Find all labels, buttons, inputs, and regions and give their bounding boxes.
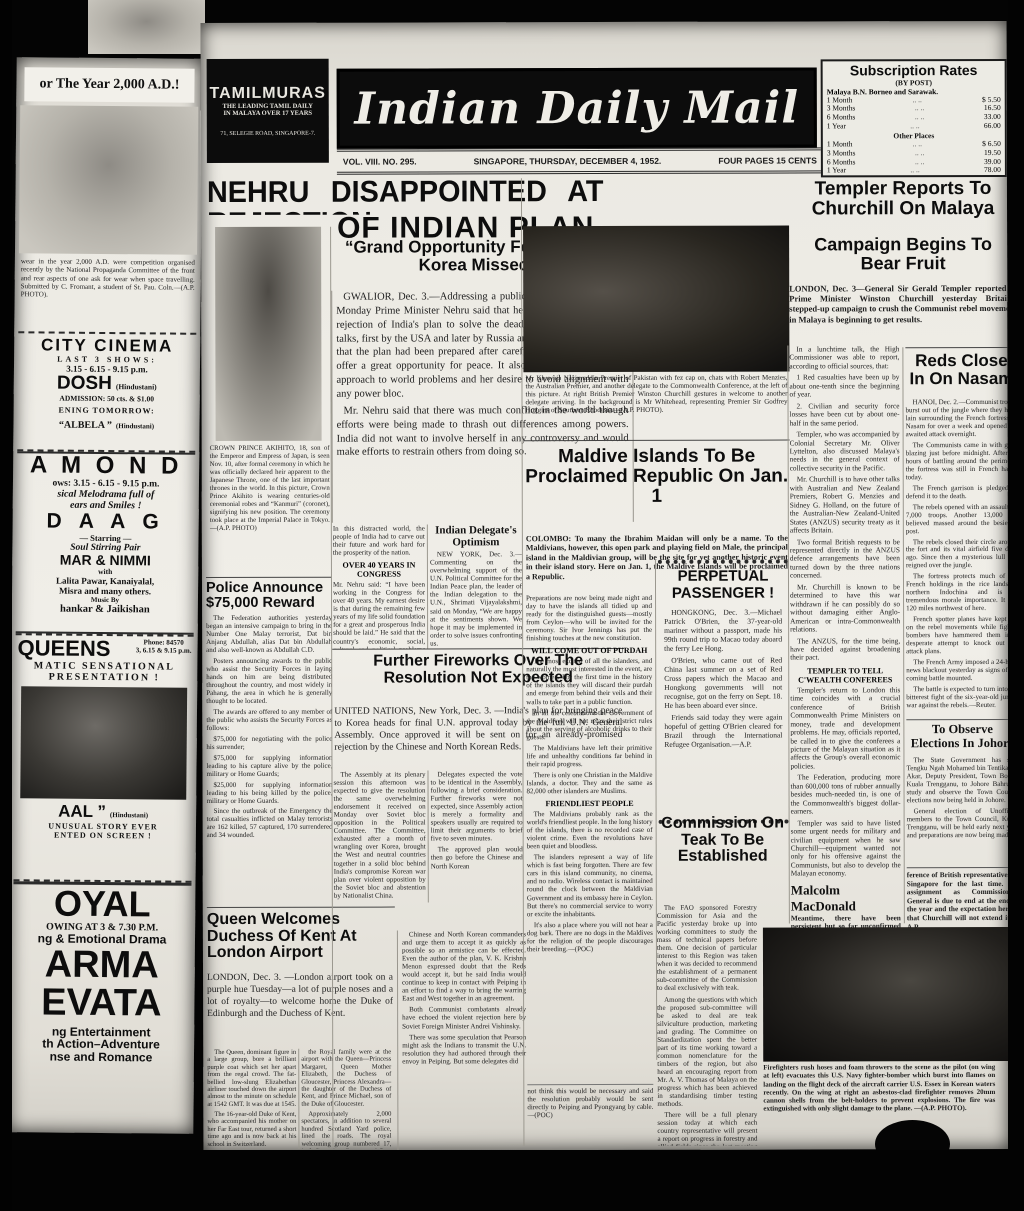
article-body: NEW YORK, Dec. 3.—Commenting on the over… bbox=[430, 550, 522, 648]
scan-edge-left bbox=[0, 0, 12, 1211]
teak-body: The FAO sponsored Forestry Commission fo… bbox=[657, 904, 758, 1146]
paragraph: Delegates expected the vote to be identi… bbox=[430, 770, 522, 843]
paragraph: There was some speculation that Pearson … bbox=[402, 1033, 526, 1066]
paragraph: Templer was said to have listed some urg… bbox=[791, 819, 901, 878]
reds-headline: Reds Close In On Nasam bbox=[905, 347, 1009, 400]
paragraph: Among the questions with which the propo… bbox=[657, 995, 757, 1108]
queens-theatre-ad: QUEENS Phone: 84570 3, 6.15 & 9.15 p.m. … bbox=[14, 633, 194, 883]
templer-lead: LONDON, Dec. 3—General Sir Gerald Temple… bbox=[789, 283, 1009, 342]
theatre-name: OYAL bbox=[13, 884, 191, 923]
paragraph: NEW YORK, Dec. 3.—Commenting on the over… bbox=[430, 550, 522, 647]
dateline-row: VOL. VIII. NO. 295. SINGAPORE, THURSDAY,… bbox=[337, 147, 823, 174]
over-40-years-head: OVER 40 YEARS IN CONGRESS bbox=[333, 561, 425, 579]
paragraph: The rebels closed their circle around th… bbox=[906, 538, 1010, 570]
paragraph: The 16-year-old Duke of Kent, who accomp… bbox=[207, 1111, 296, 1148]
year-2000-headline-box: or The Year 2,000 A.D.! bbox=[24, 67, 194, 102]
paragraph: The rebels opened with an assault by 7,0… bbox=[906, 504, 1010, 536]
year-2000-headline: or The Year 2,000 A.D.! bbox=[39, 76, 179, 93]
fireworks-column-b: Delegates expected the vote to be identi… bbox=[430, 770, 522, 902]
over-40-years-body: Mr. Nehru said: “I have been working in … bbox=[333, 581, 425, 649]
fireworks-column-a: The Assembly at its plenary session this… bbox=[333, 770, 425, 902]
masthead-banner: Indian Daily Mail bbox=[337, 67, 817, 148]
article-headline-line-2: $75,000 Reward bbox=[206, 596, 332, 611]
maldive-headline: Maldive Islands To Be Proclaimed Republi… bbox=[524, 440, 790, 540]
rate-row: 1 Year66.00 bbox=[823, 122, 1005, 131]
stars-line: MAR & NIMMI bbox=[16, 552, 194, 568]
subscription-subtitle: (BY POST) bbox=[823, 77, 1005, 86]
main-headline-line-1: NEHRU DISAPPOINTED AT REJECTION bbox=[207, 176, 779, 215]
dot-leader bbox=[906, 122, 923, 131]
paragraph: Since the outbreak of the Emergency the … bbox=[207, 808, 333, 840]
queen-headline: Queen Welcomes Duchess Of Kent At London… bbox=[207, 907, 395, 976]
rate-value: 78.00 bbox=[984, 166, 1001, 175]
queen-column-a: The Queen, dominant figure in a large gr… bbox=[207, 1049, 296, 1149]
column-rule bbox=[427, 770, 428, 902]
paragraph: 1 Red casualties have been up by about o… bbox=[789, 374, 899, 400]
next-film-row: “ALBELA ” (Hindustani) bbox=[17, 414, 195, 434]
paragraph: In a lunchtime talk, the High Commission… bbox=[789, 345, 899, 371]
film-title: AAL ” bbox=[58, 801, 106, 820]
paragraph: It's also a place where you will not hea… bbox=[527, 921, 653, 954]
friendliest-subhead: FRIENDLIEST PEOPLE bbox=[527, 799, 653, 808]
subscription-rates-box: Subscription Rates (BY POST) Malaya B.N.… bbox=[821, 59, 1007, 177]
top-left-photo-fragment bbox=[88, 0, 205, 54]
queens-contact: Phone: 84570 3, 6.15 & 9.15 p.m. bbox=[136, 638, 192, 654]
paragraph: The islanders represent a way of life wh… bbox=[527, 853, 653, 918]
diamond-theatre-ad: A M O N D ows: 3.15 - 6.15 - 9.15 p.m. s… bbox=[16, 451, 196, 635]
reds-body: HANOI, Dec. 2.—Communist troops burst ou… bbox=[906, 399, 1010, 715]
templer-column: In a lunchtime talk, the High Commission… bbox=[789, 345, 901, 945]
fireworks-continued-column: Chinese and North Korean commanders and … bbox=[397, 930, 527, 1150]
teak-headline: Commission On Teak To Be Established bbox=[657, 816, 789, 902]
essex-carrier-photo bbox=[763, 927, 1009, 1062]
dot-leader bbox=[907, 167, 924, 176]
newspaper-scan: or The Year 2,000 A.D.! wear in the year… bbox=[0, 0, 1024, 1211]
paragraph: There is only one Christian in the Maldi… bbox=[526, 771, 652, 795]
paragraph: The most excited of all the islanders, a… bbox=[526, 657, 652, 706]
paragraph: the Royal family were at the airport wit… bbox=[301, 1049, 391, 1108]
paragraph: The Federation authorities yesterday beg… bbox=[206, 615, 332, 655]
film-title-1: ARMA bbox=[13, 945, 191, 985]
paragraph: Mr. Churchill is to have other talks wit… bbox=[790, 476, 900, 535]
tagline-1: MATIC SENSATIONAL bbox=[15, 660, 193, 673]
column-rule bbox=[902, 347, 905, 923]
nehru-left-subcolumn: In this distracted world, the people of … bbox=[333, 524, 425, 648]
paragraph: The Maldivians probably rank as the worl… bbox=[527, 810, 653, 851]
newspaper-title: Indian Daily Mail bbox=[354, 82, 799, 134]
templer-subhead: Campaign Begins To Bear Fruit bbox=[799, 235, 1007, 282]
subscription-title: Subscription Rates bbox=[823, 63, 1005, 78]
paragraph: HONGKONG, Dec. 3.—Michael Patrick O'Brie… bbox=[664, 607, 782, 652]
city-cinema-ad: CITY CINEMA LAST 3 SHOWS: 3.15 - 6.15 - … bbox=[17, 331, 196, 453]
theatre-name: QUEENS bbox=[17, 637, 110, 661]
rate-value: 66.00 bbox=[984, 122, 1001, 131]
paragraph: The Assembly at its plenary session this… bbox=[333, 770, 425, 899]
paragraph: $25,000 for supplying information leadin… bbox=[207, 781, 333, 805]
paragraph: O'Brien, who came out of Red China last … bbox=[664, 655, 782, 709]
rate-label: 1 Year bbox=[827, 167, 846, 176]
tagline-2: PRESENTATION ! bbox=[15, 671, 193, 684]
tamil-ad-tagline-2: IN MALAYA OVER 17 YEARS bbox=[207, 110, 329, 117]
purdah-body: The most excited of all the islanders, a… bbox=[526, 657, 652, 795]
paragraph: The Federation, producing more than 600,… bbox=[790, 774, 900, 817]
johore-headline: To Observe Elections In Johore bbox=[906, 719, 1009, 759]
templer-headline: Templer Reports To Churchill On Malaya bbox=[789, 179, 1010, 234]
conferees-subhead: TEMPLER TO TELL C'WEALTH CONFEREES bbox=[790, 666, 900, 684]
paragraph: Two formal British requests to be repres… bbox=[790, 538, 900, 581]
paragraph: The fortress protects much of the French… bbox=[906, 573, 1010, 613]
date-line: SINGAPORE, THURSDAY, DECEMBER 4, 1952. bbox=[474, 156, 662, 166]
paragraph: $75,000 for supplying information leadin… bbox=[206, 754, 332, 778]
paragraph: In all the celebrations the Government o… bbox=[526, 708, 652, 741]
next-film: “ALBELA ” bbox=[59, 419, 112, 430]
commonwealth-conference-photo bbox=[523, 226, 789, 373]
paragraph: The Communists came in with guns blazing… bbox=[906, 442, 1010, 482]
film-title-row: AAL ” (Hindustani) bbox=[14, 802, 192, 823]
film-title: D A A G bbox=[17, 510, 195, 533]
paragraph: The FAO sponsored Forestry Commission fo… bbox=[657, 904, 757, 993]
akihito-photo-caption: CROWN PRINCE AKIHITO, 18, son of the Emp… bbox=[210, 445, 330, 573]
paragraph: 2. Civilian and security force losses ha… bbox=[790, 402, 900, 428]
composers-line: hankar & Jaikishan bbox=[16, 604, 194, 617]
maldive-column: Preparations are now being made night an… bbox=[526, 594, 653, 1080]
paragraph: The approved plan would then go before t… bbox=[431, 846, 523, 870]
year-2000-caption: wear in the year 2,000 A.D. were competi… bbox=[20, 257, 195, 325]
film-language: (Hindustani) bbox=[116, 382, 157, 391]
paragraph: The Queen, dominant figure in a large gr… bbox=[207, 1049, 296, 1108]
column-rule bbox=[427, 524, 428, 648]
queens-film-photo bbox=[20, 686, 187, 799]
tamil-ad-address: 71, SELEGIE ROAD, SINGAPORE-7. bbox=[207, 131, 329, 137]
price-line: FOUR PAGES 15 CENTS bbox=[718, 155, 817, 165]
paragraph: HANOI, Dec. 2.—Communist troops burst ou… bbox=[906, 399, 1010, 439]
paragraph: The ANZUS, for the time being, have deci… bbox=[790, 637, 900, 663]
conferees-body: Templer's return to London this time coi… bbox=[790, 686, 901, 878]
perpetual-passenger-box: PERPETUAL PASSENGER ! HONGKONG, Dec. 3.—… bbox=[658, 560, 789, 824]
volume-number: VOL. VIII. NO. 295. bbox=[343, 156, 417, 166]
paragraph: $75,000 for negotiating with the police … bbox=[206, 735, 332, 751]
paragraph: Chinese and North Korean commanders and … bbox=[402, 930, 526, 1003]
paragraph: Both Communist combatants already have e… bbox=[402, 1006, 526, 1030]
paragraph: Friends said today they were again hopef… bbox=[664, 712, 782, 748]
tagline-4: nse and Romance bbox=[12, 1050, 190, 1064]
tamil-ad-name: TAMILMURAS bbox=[207, 85, 329, 103]
queen-lead: LONDON, Dec. 3. —London airport took on … bbox=[207, 973, 393, 1047]
scan-edge-bottom bbox=[0, 1150, 1024, 1211]
box-body: HONGKONG, Dec. 3.—Michael Patrick O'Brie… bbox=[658, 607, 788, 748]
conference-photo-caption: Mr Khawaja Nazimuddin Premier of Pakista… bbox=[525, 374, 787, 439]
friendliest-body: The Maldivians probably rank as the worl… bbox=[527, 810, 653, 953]
show-times: 3, 6.15 & 9.15 p.m. bbox=[136, 646, 192, 654]
film-title: DOSH bbox=[57, 372, 112, 393]
column-rule bbox=[298, 1049, 299, 1149]
film-language: (Hindustani) bbox=[110, 811, 148, 819]
scan-edge-right bbox=[1008, 0, 1024, 1211]
theatre-name: A M O N D bbox=[17, 453, 195, 480]
purdah-subhead: WILL COME OUT OF PURDAH bbox=[526, 646, 652, 655]
police-reward-article: Police Announce $75,000 Reward The Feder… bbox=[206, 577, 333, 912]
paragraph: Mr. Churchill is known to be determined … bbox=[790, 583, 900, 634]
akihito-photo bbox=[215, 227, 322, 441]
article-body: The Federation authorities yesterday beg… bbox=[206, 615, 333, 841]
delegate-optimism-article: Indian Delegate's Optimism NEW YORK, Dec… bbox=[430, 524, 522, 648]
paragraph: The French Army imposed a 24-hour news b… bbox=[906, 659, 1009, 683]
rate-label: 1 Year bbox=[827, 122, 846, 131]
queen-column-b: the Royal family were at the airport wit… bbox=[301, 1049, 391, 1149]
box-headline: PERPETUAL PASSENGER ! bbox=[658, 568, 788, 603]
paragraph: Posters announcing awards to the public … bbox=[206, 658, 332, 706]
film-title-2: EVATA bbox=[12, 983, 190, 1023]
paragraph: The Maldivians have left their primitive… bbox=[526, 744, 652, 768]
queens-header-row: QUEENS Phone: 84570 3, 6.15 & 9.15 p.m. bbox=[15, 635, 193, 661]
tagline-4: ENTED ON SCREEN ! bbox=[14, 830, 192, 841]
fireworks-ending-block: not think this would be necessary and sa… bbox=[527, 1084, 653, 1147]
column-rule bbox=[655, 560, 657, 1060]
malcolm-macdonald-head: Malcolm MacDonald bbox=[791, 882, 901, 914]
next-film-language: (Hindustani) bbox=[116, 422, 154, 430]
paragraph: Templer's return to London this time coi… bbox=[790, 686, 900, 771]
johore-body: The State Government has sent Tengku Nga… bbox=[906, 757, 1009, 863]
cinema-name: CITY CINEMA bbox=[18, 336, 196, 355]
nehru-continued: In this distracted world, the people of … bbox=[333, 524, 425, 556]
paragraph: Approximately 2,000 spectators, in addit… bbox=[301, 1111, 391, 1149]
paragraph: French spotter planes have kept tab on t… bbox=[906, 616, 1009, 656]
paragraph: There will be a full plenary session tod… bbox=[657, 1111, 757, 1146]
front-page: TAMILMURAS THE LEADING TAMIL DAILY IN MA… bbox=[201, 21, 1010, 1151]
paragraph: The awards are offered to any member of … bbox=[206, 709, 332, 733]
year-2000-photo bbox=[19, 105, 198, 255]
royal-theatre-ad: OYAL OWING AT 3 & 7.30 P.M. ng & Emotion… bbox=[11, 881, 191, 1134]
film-title-row: DOSH (Hindustani) bbox=[18, 373, 196, 395]
maldive-preparations: Preparations are now being made night an… bbox=[526, 594, 652, 643]
paragraph: General election of Unofficial members t… bbox=[907, 808, 1010, 840]
paragraph: The French garrison is pledged to defend… bbox=[906, 485, 1010, 501]
paragraph: The battle is expected to turn into the … bbox=[906, 686, 1009, 710]
admission-line: ADMISSION: 50 cts. & $1.00 bbox=[18, 393, 196, 404]
templer-body: In a lunchtime talk, the High Commission… bbox=[789, 345, 900, 662]
rate-row: 1 Year78.00 bbox=[823, 166, 1005, 175]
paragraph: Templer, who was accompanied by Colonial… bbox=[790, 430, 900, 473]
article-headline-line-1: Police Announce bbox=[206, 581, 332, 596]
paragraph: The State Government has sent Tengku Nga… bbox=[906, 757, 1009, 805]
left-page-strip: or The Year 2,000 A.D.! wear in the year… bbox=[7, 57, 202, 1134]
tamil-murasu-ad: TAMILMURAS THE LEADING TAMIL DAILY IN MA… bbox=[207, 59, 329, 163]
article-headline: Indian Delegate's Optimism bbox=[430, 524, 522, 548]
